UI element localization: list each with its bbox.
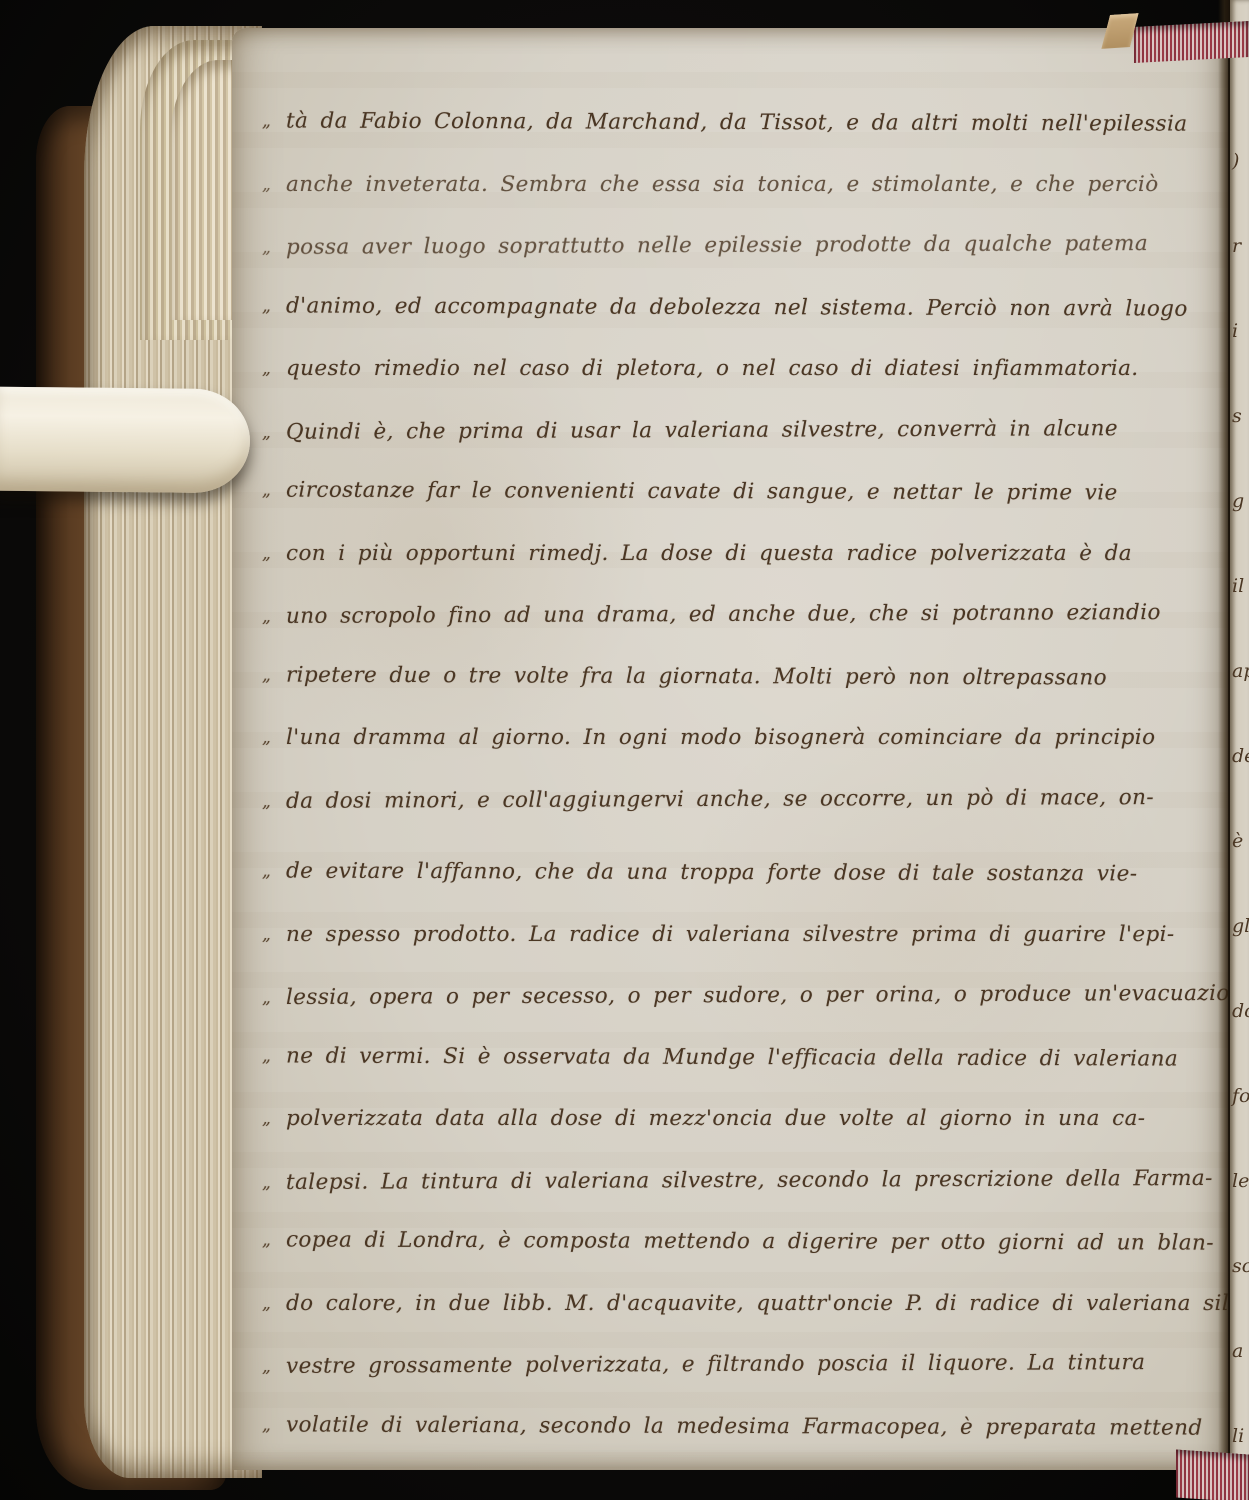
next-page-text-fragment: è [1232,830,1243,852]
line-quote-marker: „ [262,920,286,950]
line-text: uno scropolo fino ad una drama, ed anche… [286,600,1161,629]
line-quote-marker: „ [262,1410,286,1440]
line-quote-marker: „ [262,786,286,816]
line-text: possa aver luogo soprattutto nelle epile… [286,231,1148,260]
manuscript-line: „da dosi minori, e coll'aggiungervi anch… [262,783,1154,817]
line-text: l'una dramma al giorno. In ogni modo bis… [286,725,1155,750]
line-text: vestre grossamente polverizzata, e filtr… [286,1350,1145,1379]
manuscript-line: „vestre grossamente polverizzata, e filt… [262,1348,1145,1382]
line-text: questo rimedio nel caso di pletora, o ne… [286,356,1139,381]
next-page-text-fragment: so [1232,1255,1249,1277]
manuscript-line: „ripetere due o tre volte fra la giornat… [262,660,1107,693]
line-text: anche inveterata. Sembra che essa sia to… [286,172,1159,197]
line-quote-marker: „ [262,723,286,753]
manuscript-line: „volatile di valeriana, secondo la medes… [262,1410,1203,1443]
line-quote-marker: „ [262,1167,286,1197]
next-page-text-fragment: de [1232,745,1249,767]
line-text: de evitare l'affanno, che da una troppa … [286,859,1137,887]
manuscript-line: „anche inveterata. Sembra che essa sia t… [262,170,1159,200]
next-page-text-fragment: s [1232,405,1242,427]
next-page-text-fragment: il [1232,575,1244,597]
line-text: circostanze far le convenienti cavate di… [286,478,1118,506]
line-quote-marker: „ [262,539,286,569]
line-quote-marker: „ [262,983,286,1013]
line-text: tà da Fabio Colonna, da Marchand, da Tis… [286,108,1188,136]
manuscript-line: „possa aver luogo soprattutto nelle epil… [262,229,1148,263]
manuscript-line: „de evitare l'affanno, che da una troppa… [262,856,1138,889]
line-text: do calore, in due libb. M. d'acquavite, … [286,1291,1228,1316]
next-page-text-fragment: g [1232,490,1244,512]
line-quote-marker: „ [262,106,286,136]
next-page-text-fragment: gl [1232,915,1249,937]
line-text: ne di vermi. Si è osservata da Mundge l'… [286,1043,1178,1071]
line-quote-marker: „ [262,602,286,632]
line-quote-marker: „ [262,1289,286,1319]
next-page-text-fragment: ap [1232,660,1249,682]
line-quote-marker: „ [262,1104,286,1134]
next-page-text-fragment: a [1232,1340,1243,1362]
line-text: d'animo, ed accompagnate da debolezza ne… [286,293,1188,321]
line-quote-marker: „ [262,856,286,886]
manuscript-line: „copea di Londra, è composta mettendo a … [262,1225,1214,1258]
manuscript-line: „con i più opportuni rimedj. La dose di … [262,539,1132,569]
manuscript-line: „lessia, opera o per secesso, o per sudo… [262,979,1228,1013]
line-quote-marker: „ [262,354,286,384]
line-quote-marker: „ [262,233,286,263]
manuscript-line: „d'animo, ed accompagnate da debolezza n… [262,291,1188,324]
headband-fabric-bottom [1176,1449,1249,1500]
line-quote-marker: „ [262,476,286,506]
manuscript-line: „uno scropolo fino ad una drama, ed anch… [262,598,1161,632]
photograph-of-manuscript: „tà da Fabio Colonna, da Marchand, da Ti… [0,0,1249,1500]
manuscript-line: „questo rimedio nel caso di pletora, o n… [262,354,1139,384]
line-quote-marker: „ [262,417,286,447]
next-page-text-fragment: r [1232,235,1241,257]
manuscript-line: „ne di vermi. Si è osservata da Mundge l… [262,1041,1178,1074]
line-quote-marker: „ [262,660,286,690]
line-text: copea di Londra, è composta mettendo a d… [286,1227,1214,1255]
next-page-text-fragment: ) [1232,150,1239,172]
manuscript-line: „tà da Fabio Colonna, da Marchand, da Ti… [262,106,1188,139]
next-page-text-fragment: le [1232,1170,1249,1192]
headband-fabric-top [1134,21,1249,63]
line-quote-marker: „ [262,291,286,321]
manuscript-line: „talepsi. La tintura di valeriana silves… [262,1163,1213,1197]
line-text: Quindi è, che prima di usar la valeriana… [286,416,1118,445]
line-text: con i più opportuni rimedj. La dose di q… [286,541,1132,566]
line-text: ripetere due o tre volte fra la giornata… [286,662,1107,690]
next-page-text-fragment: li [1232,1425,1244,1447]
line-quote-marker: „ [262,170,286,200]
manuscript-line: „ne spesso prodotto. La radice di valeri… [262,920,1175,950]
manuscript-line: „Quindi è, che prima di usar la valerian… [262,414,1118,448]
line-text: da dosi minori, e coll'aggiungervi anche… [286,785,1154,814]
line-text: polverizzata data alla dose di mezz'onci… [286,1106,1145,1131]
line-quote-marker: „ [262,1041,286,1071]
bone-page-weight [0,387,251,494]
manuscript-line: „circostanze far le convenienti cavate d… [262,476,1118,509]
next-page-text-fragment: fo [1232,1085,1249,1107]
line-text: lessia, opera o per secesso, o per sudor… [286,981,1228,1010]
line-text: talepsi. La tintura di valeriana silvest… [286,1165,1213,1194]
manuscript-page: „tà da Fabio Colonna, da Marchand, da Ti… [232,28,1228,1470]
manuscript-line: „polverizzata data alla dose di mezz'onc… [262,1104,1145,1134]
line-text: volatile di valeriana, secondo la medesi… [286,1412,1203,1440]
line-text: ne spesso prodotto. La radice di valeria… [286,922,1175,947]
manuscript-line: „do calore, in due libb. M. d'acquavite,… [262,1289,1228,1319]
line-quote-marker: „ [262,1352,286,1382]
next-page-sliver: )risgilapdeègldofolesoali [1230,0,1249,1500]
manuscript-line: „l'una dramma al giorno. In ogni modo bi… [262,723,1155,753]
next-page-text-fragment: i [1232,320,1238,342]
next-page-text-fragment: do [1232,1000,1249,1022]
line-quote-marker: „ [262,1225,286,1255]
